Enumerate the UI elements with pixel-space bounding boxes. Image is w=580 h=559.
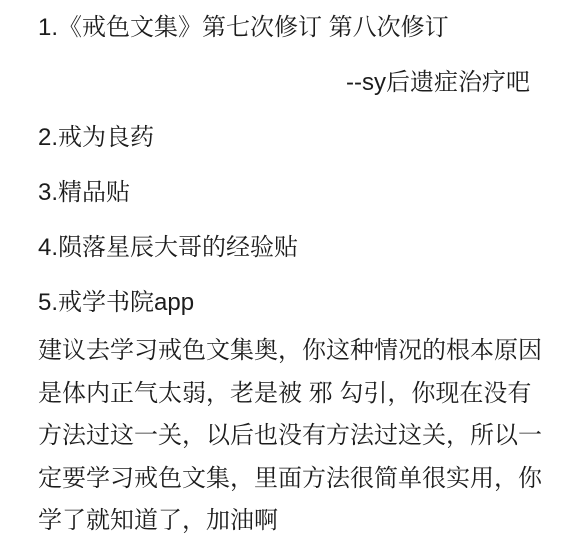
- paragraph-line: 建议去学习戒色文集奥，你这种情况的根本原因: [38, 330, 538, 373]
- paragraph-line: 定要学习戒色文集，里面方法很简单很实用，你: [38, 458, 538, 501]
- source-attribution: --sy后遗症治疗吧: [38, 55, 538, 110]
- list-item-4: 4.陨落星辰大哥的经验贴: [38, 220, 538, 275]
- advice-paragraph: 建议去学习戒色文集奥，你这种情况的根本原因 是体内正气太弱，老是被 邪 勾引，你…: [38, 330, 538, 543]
- list-item-2: 2.戒为良药: [38, 110, 538, 165]
- paragraph-line: 是体内正气太弱，老是被 邪 勾引，你现在没有: [38, 373, 538, 416]
- paragraph-line: 方法过这一关，以后也没有方法过这关，所以一: [38, 415, 538, 458]
- text-document: 1.《戒色文集》第七次修订 第八次修订 --sy后遗症治疗吧 2.戒为良药 3.…: [0, 0, 580, 559]
- list-item-1: 1.《戒色文集》第七次修订 第八次修订: [38, 0, 538, 55]
- list-item-3: 3.精品贴: [38, 165, 538, 220]
- paragraph-line: 学了就知道了，加油啊: [38, 500, 538, 543]
- list-item-5: 5.戒学书院app: [38, 275, 538, 330]
